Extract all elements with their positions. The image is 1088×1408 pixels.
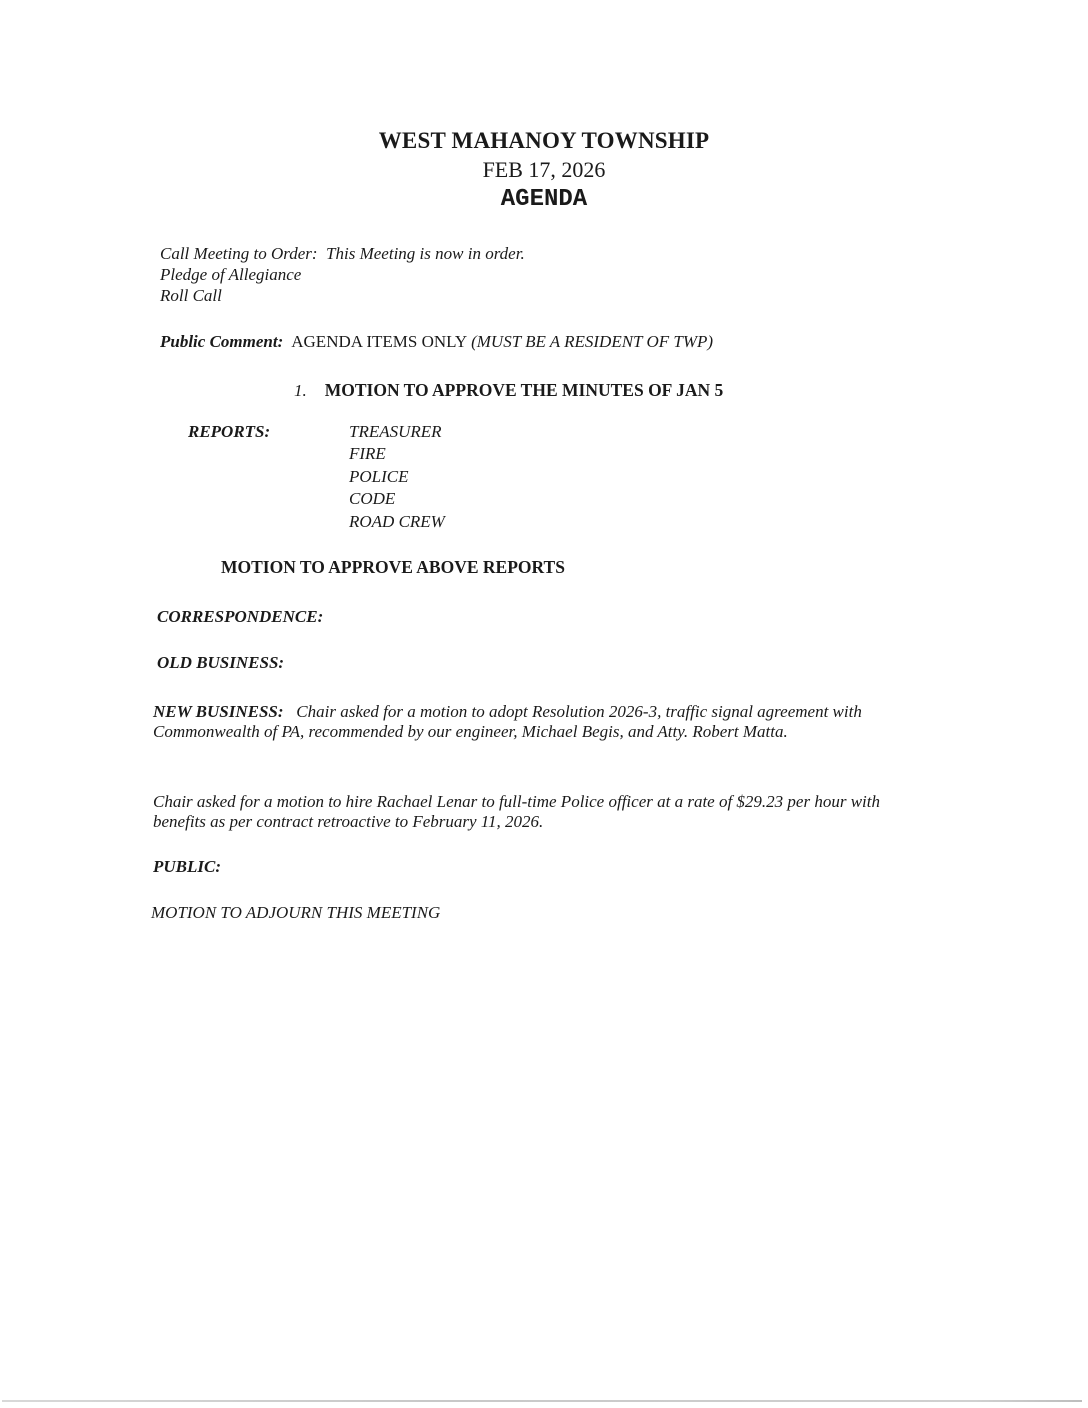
call-to-order-text: This Meeting is now in order. [326, 244, 525, 263]
report-road-crew: ROAD CREW [349, 512, 445, 532]
report-police: POLICE [349, 467, 409, 487]
public-comment-text: AGENDA ITEMS ONLY [291, 332, 467, 351]
call-to-order: Call Meeting to Order: This Meeting is n… [160, 244, 525, 264]
call-to-order-label: Call Meeting to Order: [160, 244, 318, 263]
old-business-label: OLD BUSINESS: [157, 653, 284, 673]
motion-approve-reports: MOTION TO APPROVE ABOVE REPORTS [221, 557, 565, 578]
pledge-of-allegiance: Pledge of Allegiance [160, 265, 301, 285]
report-code: CODE [349, 489, 395, 509]
meeting-date: FEB 17, 2026 [0, 157, 1088, 183]
roll-call: Roll Call [160, 286, 222, 306]
agenda-heading: AGENDA [0, 186, 1088, 213]
new-business-item-hire: Chair asked for a motion to hire Rachael… [153, 792, 923, 832]
public-comment-label: Public Comment: [160, 332, 283, 351]
public-label: PUBLIC: [153, 857, 221, 877]
motion-number: 1. [294, 381, 307, 400]
public-comment-note: (MUST BE A RESIDENT OF TWP) [471, 332, 713, 351]
motion-approve-minutes: 1. MOTION TO APPROVE THE MINUTES OF JAN … [294, 380, 723, 401]
motion-minutes-text: MOTION TO APPROVE THE MINUTES OF JAN 5 [325, 380, 724, 400]
page-bottom-edge [2, 1400, 1082, 1402]
new-business-item-resolution: NEW BUSINESS: Chair asked for a motion t… [153, 702, 873, 742]
township-title: WEST MAHANOY TOWNSHIP [0, 128, 1088, 154]
reports-label: REPORTS: [188, 422, 270, 442]
correspondence-label: CORRESPONDENCE: [157, 607, 323, 627]
report-fire: FIRE [349, 444, 386, 464]
new-business-label: NEW BUSINESS: [153, 702, 284, 721]
report-treasurer: TREASURER [349, 422, 442, 442]
motion-adjourn: MOTION TO ADJOURN THIS MEETING [151, 903, 440, 923]
public-comment: Public Comment: AGENDA ITEMS ONLY (MUST … [160, 332, 713, 352]
